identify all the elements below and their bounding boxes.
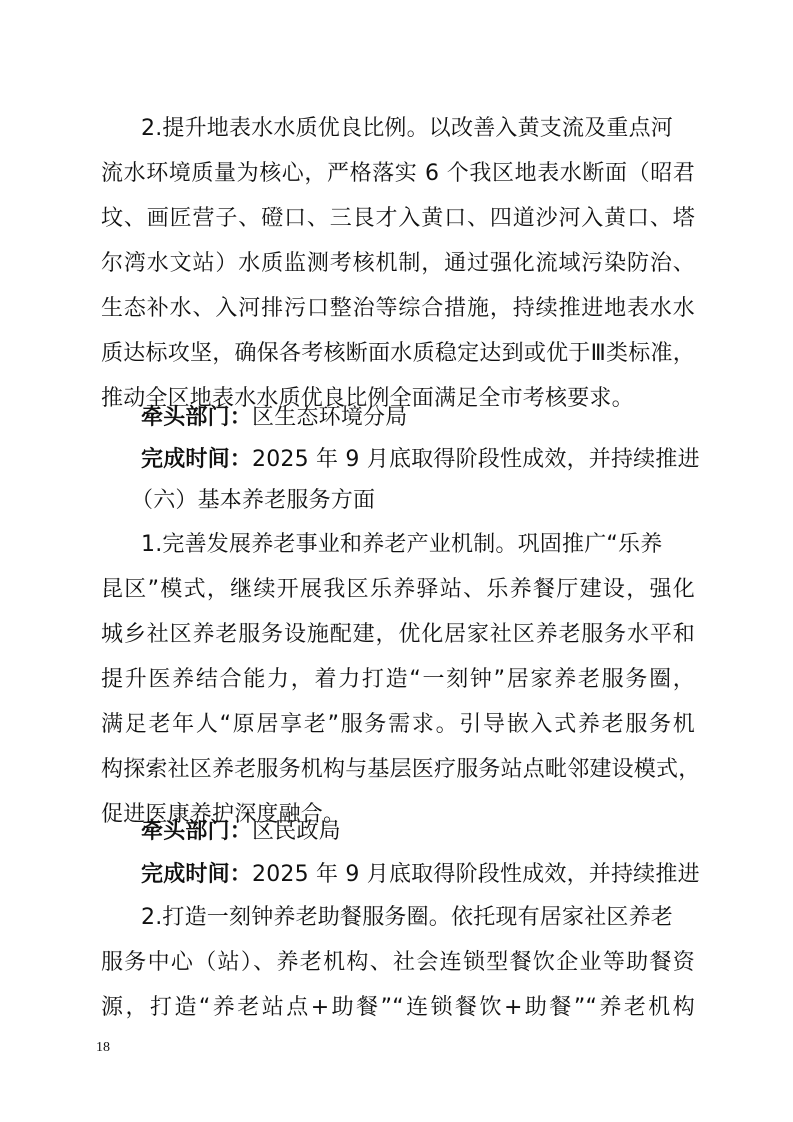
deadline-row: 完成时间：2025 年 9 月底取得阶段性成效，并持续推进: [141, 860, 735, 890]
paragraph-line: 2.提升地表水水质优良比例。以改善入黄支流及重点河: [141, 114, 735, 144]
paragraph-line: 构探索社区养老服务机构与基层医疗服务站点毗邻建设模式，: [101, 755, 695, 785]
lead-department-row: 牵头部门：区民政局: [141, 817, 735, 847]
paragraph-line: 质达标攻坚，确保各考核断面水质稳定达到或优于Ⅲ类标准，: [101, 339, 695, 369]
lead-department-value: 区民政局: [252, 819, 341, 844]
deadline-row: 完成时间：2025 年 9 月底取得阶段性成效，并持续推进: [141, 445, 735, 475]
document-page: 2.提升地表水水质优良比例。以改善入黄支流及重点河 流水环境质量为核心，严格落实…: [0, 0, 793, 1122]
lead-department-row: 牵头部门：区生态环境分局: [141, 403, 735, 433]
paragraph-line: 提升医养结合能力，着力打造“一刻钟”居家养老服务圈，: [101, 665, 695, 695]
paragraph-line: 服务中心（站）、养老机构、社会连锁型餐饮企业等助餐资: [101, 948, 695, 978]
lead-department-label: 牵头部门：: [141, 405, 252, 430]
deadline-label: 完成时间：: [141, 862, 252, 887]
paragraph-line: 尔湾水文站）水质监测考核机制，通过强化流域污染防治、: [101, 249, 695, 279]
deadline-label: 完成时间：: [141, 447, 252, 472]
lead-department-label: 牵头部门：: [141, 819, 252, 844]
paragraph-line: 满足老年人“原居享老”服务需求。引导嵌入式养老服务机: [101, 710, 695, 740]
paragraph-line: 流水环境质量为核心，严格落实 6 个我区地表水断面（昭君: [101, 159, 695, 189]
lead-department-value: 区生态环境分局: [252, 405, 407, 430]
paragraph-line: 昆区”模式，继续开展我区乐养驿站、乐养餐厅建设，强化: [101, 575, 695, 605]
paragraph-line: 源，打造“养老站点+助餐”“连锁餐饮+助餐”“养老机构: [101, 993, 695, 1023]
paragraph-line: 2.打造一刻钟养老助餐服务圈。依托现有居家社区养老: [141, 903, 735, 933]
section-heading: （六）基本养老服务方面: [131, 486, 725, 516]
paragraph-line: 城乡社区养老服务设施配建，优化居家社区养老服务水平和: [101, 620, 695, 650]
deadline-value: 2025 年 9 月底取得阶段性成效，并持续推进: [252, 862, 700, 887]
deadline-value: 2025 年 9 月底取得阶段性成效，并持续推进: [252, 447, 700, 472]
paragraph-line: 生态补水、入河排污口整治等综合措施，持续推进地表水水: [101, 294, 695, 324]
page-number: 18: [96, 1040, 110, 1056]
paragraph-line: 坟、画匠营子、磴口、三艮才入黄口、四道沙河入黄口、塔: [101, 204, 695, 234]
paragraph-line: 1.完善发展养老事业和养老产业机制。巩固推广“乐养: [141, 530, 735, 560]
